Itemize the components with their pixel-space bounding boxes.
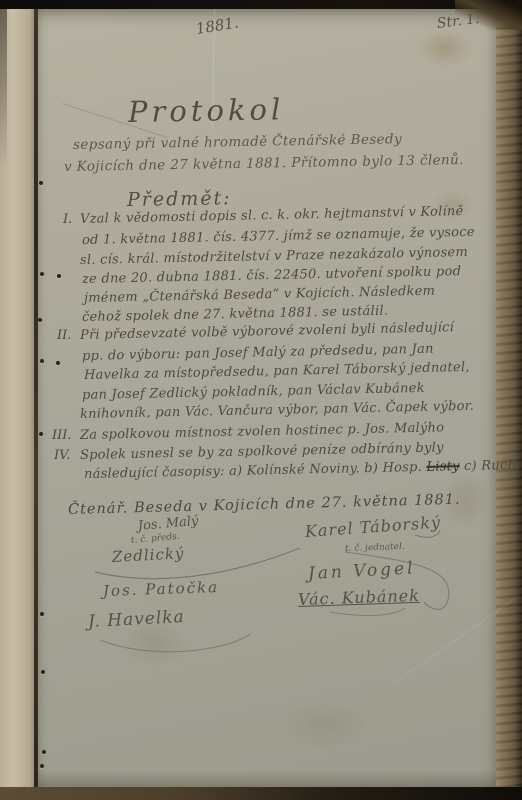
bottom-page-shading [38,770,496,788]
paper-stain [415,28,475,68]
binding-hole [42,750,46,754]
binding-hole [57,274,61,278]
doc-line-segment: c) Ruch. [460,458,521,474]
item-numeral: II. [57,328,71,343]
binding-fold-line [34,9,38,800]
binding-hole [39,181,43,185]
section-heading: Předmět: [127,187,232,211]
item-numeral: III. [52,428,72,443]
binding-hole [56,361,60,365]
strikethrough-text: Listy [426,459,460,475]
binding-hole [39,432,43,436]
binding-hole [40,764,44,768]
binding-hole [40,612,44,616]
doc-title: Protokol [128,92,285,129]
book-bottom-edge [0,787,522,800]
item-numeral: I. [63,212,72,227]
item-numeral: IV. [54,448,70,463]
signature: Zedlický [112,544,185,566]
signature-role: t. č. jednatel. [345,542,405,554]
scanned-document-page: 1881. Str. 1. Protokol sepsaný při valné… [0,0,522,800]
binding-hole [41,670,45,674]
binding-hole [40,359,44,363]
paper-stain [280,700,370,750]
book-top-edge [0,0,522,9]
binding-hole [38,318,42,322]
binding-hole [40,272,44,276]
spine-shadow [0,9,7,169]
torn-edge-texture [496,9,522,800]
